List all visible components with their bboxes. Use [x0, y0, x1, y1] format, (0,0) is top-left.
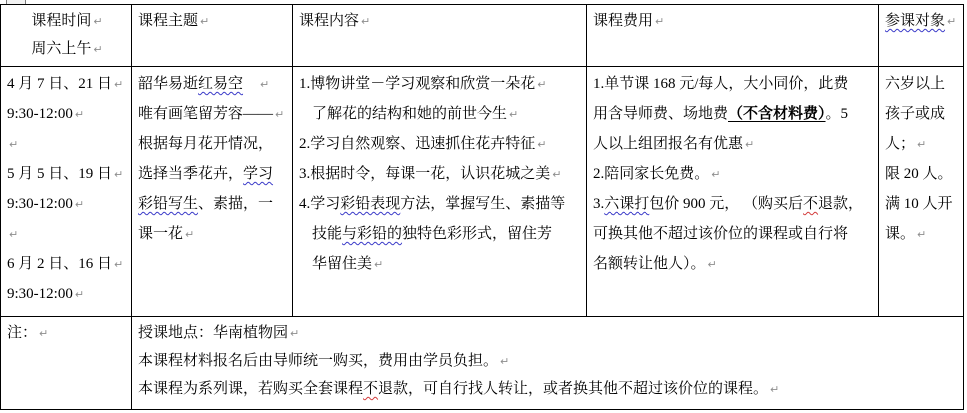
text-segment: 3.根据时令，每课一花，认识花城之美 [299, 166, 550, 182]
text-line: 5 月 5 日、19 日↵ [7, 159, 127, 189]
cell-course-fee: 1.单节课 168 元/每人，大小同价，此费用含导师费、场地费（不含材料费）。5… [587, 67, 879, 317]
cell-course-content: 1.博物讲堂－学习观察和欣赏一朵花↵了解花的结构和她的前世今生↵2.学习自然观察… [293, 67, 587, 317]
text-segment: 4.学习 [299, 196, 340, 212]
text-line: 1.博物讲堂－学习观察和欣赏一朵花↵ [299, 69, 582, 99]
header-cell-time: 课程时间↵周六上午↵ [1, 5, 132, 67]
paragraph-mark: ↵ [711, 168, 720, 181]
text-line: 4 月 7 日、21 日↵ [7, 69, 127, 99]
text-line: 限 20 人。 [885, 159, 959, 189]
paragraph-mark: ↵ [552, 168, 561, 181]
cell-note-text: 授课地点：华南植物园↵本课程材料报名后由导师统一购买，费用由学员负担。↵本课程为… [132, 317, 964, 410]
text-line: ↵ [7, 219, 127, 249]
paragraph-mark: ↵ [9, 228, 18, 241]
text-line: 本课程为系列课，若购买全套课程不退款，可自行找人转让，或者换其他不超过该价位的课… [138, 375, 959, 403]
text-line: 2.学习自然观察、迅速抓住花卉特征↵ [299, 129, 582, 159]
text-segment: 彩铅写生 [138, 196, 198, 212]
text-line: 人以上组团报名有优惠↵ [593, 129, 874, 159]
text-line: 韶华易逝红易空 ↵ [138, 69, 288, 99]
text-line: 用含导师费、场地费（不含材料费）。5 [593, 99, 874, 129]
header-cell-fee: 课程费用↵ [587, 5, 879, 67]
text-segment: 课程时间 [31, 13, 91, 29]
text-line: 六岁以上 [885, 69, 959, 99]
text-segment: 六岁以上 [885, 76, 945, 92]
text-segment: 参课对象 [885, 13, 945, 29]
text-segment: 唯有画笔留芳容—— [138, 106, 273, 122]
text-segment: 名额转让他人）。 [593, 256, 706, 272]
text-segment: 限 20 人。 [885, 166, 953, 182]
text-segment: 、素描，一 [198, 196, 273, 212]
text-line: 唯有画笔留芳容——↵ [138, 99, 288, 129]
text-segment: 本课程为系列课，若购买全套课程 [138, 381, 363, 397]
text-segment: 技能 [312, 226, 342, 242]
text-segment: 课程内容 [299, 13, 359, 29]
paragraph-mark: ↵ [537, 78, 546, 91]
text-segment [243, 76, 258, 92]
paragraph-mark: ↵ [260, 78, 269, 91]
paragraph-mark: ↵ [200, 15, 209, 28]
text-segment: 方法，掌握写生、素描等 [400, 196, 565, 212]
text-segment: 退款，可自行找人转让，或者换其他不超过该价位的课程。 [378, 381, 768, 397]
paragraph-mark: ↵ [185, 228, 194, 241]
header-row: 课程时间↵周六上午↵ 课程主题↵ 课程内容↵ 课程费用↵ 参课对象↵ [1, 5, 964, 67]
text-line: 3.根据时令，每课一花，认识花城之美↵ [299, 159, 582, 189]
paragraph-mark: ↵ [655, 15, 664, 28]
text-line: 6 月 2 日、16 日↵ [7, 249, 127, 279]
document-page: 课程时间↵周六上午↵ 课程主题↵ 课程内容↵ 课程费用↵ 参课对象↵ 4 月 7… [0, 0, 967, 413]
paragraph-mark: ↵ [917, 228, 926, 241]
text-line: 彩铅写生、素描，一 [138, 189, 288, 219]
text-segment: 用含导师费、场地费 [593, 106, 728, 122]
text-segment: 5 月 5 日、19 日 [7, 166, 112, 182]
course-row: 4 月 7 日、21 日↵9:30-12:00↵↵5 月 5 日、19 日↵9:… [1, 67, 964, 317]
text-line: 了解花的结构和她的前世今生↵ [299, 99, 582, 129]
text-line: 课程内容↵ [299, 7, 582, 35]
text-segment: 根据每月花开情况， [138, 136, 273, 152]
paragraph-mark: ↵ [500, 355, 509, 368]
text-segment: 与彩铅的 [342, 226, 402, 242]
text-segment: 课一花 [138, 226, 183, 242]
paragraph-mark: ↵ [93, 43, 102, 56]
paragraph-mark: ↵ [275, 108, 284, 121]
text-line: 名额转让他人）。↵ [593, 249, 874, 279]
text-line: 满 10 人开 [885, 189, 959, 219]
paragraph-mark: ↵ [770, 383, 779, 396]
text-segment: 6 月 2 日、16 日 [7, 256, 112, 272]
paragraph-mark: ↵ [75, 288, 84, 301]
cell-note-label: 注：↵ [1, 317, 132, 410]
text-line: 注：↵ [7, 319, 127, 347]
paragraph-mark: ↵ [39, 327, 48, 340]
text-line: 人；↵ [885, 129, 959, 159]
text-segment: 可换其他不超过该价位的课程或自行将 [593, 226, 848, 242]
text-segment: 注： [7, 325, 37, 341]
cell-course-audience: 六岁以上孩子或成人；↵限 20 人。满 10 人开课。↵ [879, 67, 964, 317]
text-line: 1.单节课 168 元/每人，大小同价，此费 [593, 69, 874, 99]
header-cell-audience: 参课对象↵ [879, 5, 964, 67]
text-segment: 9:30-12:00 [7, 106, 73, 122]
text-line: 9:30-12:00↵ [7, 99, 127, 129]
paragraph-mark: ↵ [361, 15, 370, 28]
text-segment: 课。 [885, 226, 915, 242]
text-segment: 六课打 [604, 196, 649, 212]
note-row: 注：↵ 授课地点：华南植物园↵本课程材料报名后由导师统一购买，费用由学员负担。↵… [1, 317, 964, 410]
text-line: 周六上午↵ [7, 35, 127, 63]
paragraph-mark: ↵ [290, 327, 299, 340]
text-segment: 授课地点：华南植物园 [138, 325, 288, 341]
paragraph-mark: ↵ [114, 78, 123, 91]
text-line: 参课对象↵ [885, 7, 959, 35]
text-line: 课一花↵ [138, 219, 288, 249]
text-line: 2.陪同家长免费。↵ [593, 159, 874, 189]
text-segment: 人； [885, 136, 915, 152]
text-segment: 选择当季花卉， [138, 166, 243, 182]
paragraph-mark: ↵ [75, 108, 84, 121]
paragraph-mark: ↵ [509, 108, 518, 121]
paragraph-mark: ↵ [537, 138, 546, 151]
paragraph-mark: ↵ [114, 168, 123, 181]
paragraph-mark: ↵ [9, 138, 18, 151]
text-line: 技能与彩铅的独特色彩形式，留住芳 [299, 219, 582, 249]
text-segment: 彩铅表现 [340, 196, 400, 212]
text-line: 9:30-12:00↵ [7, 189, 127, 219]
text-segment: （不含材料费） [728, 106, 826, 122]
paragraph-mark: ↵ [708, 258, 717, 271]
text-segment: 9:30-12:00 [7, 286, 73, 302]
text-segment: 本课程材料报名后由导师统一购买，费用由学员负担。 [138, 353, 498, 369]
text-segment: 独特色彩形式，留住芳 [402, 226, 552, 242]
paragraph-mark: ↵ [947, 15, 956, 28]
text-segment: 课程主题 [138, 13, 198, 29]
text-line: 华留住美↵ [299, 249, 582, 279]
text-segment: 。5 [826, 106, 849, 122]
course-schedule-table: 课程时间↵周六上午↵ 课程主题↵ 课程内容↵ 课程费用↵ 参课对象↵ 4 月 7… [0, 4, 964, 410]
text-segment: 不 [803, 196, 818, 212]
text-line: 3.六课打包价 900 元， （购买后不退款， [593, 189, 874, 219]
text-segment: 学习 [243, 166, 273, 182]
text-line: 孩子或成 [885, 99, 959, 129]
text-line: 根据每月花开情况， [138, 129, 288, 159]
text-line: 课程主题↵ [138, 7, 288, 35]
text-line: 本课程材料报名后由导师统一购买，费用由学员负担。↵ [138, 347, 959, 375]
paragraph-mark: ↵ [75, 198, 84, 211]
text-segment: 周六上午 [31, 41, 91, 57]
text-segment: 退款， [818, 196, 863, 212]
text-line: ↵ [7, 129, 127, 159]
text-segment: 4 月 7 日、21 日 [7, 76, 112, 92]
text-segment: 3. [593, 196, 604, 212]
text-segment: 人以上组团报名有优惠 [593, 136, 743, 152]
text-line: 课程时间↵ [7, 7, 127, 35]
text-segment: 红易空 [198, 76, 243, 92]
paragraph-mark: ↵ [93, 15, 102, 28]
text-segment: 包价 900 元， （购买后 [649, 196, 803, 212]
text-segment: 课程费用 [593, 13, 653, 29]
text-segment: 1.单节课 168 元/每人，大小同价，此费 [593, 76, 848, 92]
text-segment: 不 [363, 381, 378, 397]
text-line: 9:30-12:00↵ [7, 279, 127, 309]
text-segment: 2.学习自然观察、迅速抓住花卉特征 [299, 136, 535, 152]
paragraph-mark: ↵ [745, 138, 754, 151]
header-cell-content: 课程内容↵ [293, 5, 587, 67]
text-segment: 韶华易逝 [138, 76, 198, 92]
text-line: 选择当季花卉，学习 [138, 159, 288, 189]
text-segment: 华留住美 [312, 256, 372, 272]
paragraph-mark: ↵ [374, 258, 383, 271]
text-segment: 9:30-12:00 [7, 196, 73, 212]
paragraph-mark: ↵ [917, 138, 926, 151]
text-line: 授课地点：华南植物园↵ [138, 319, 959, 347]
text-line: 课程费用↵ [593, 7, 874, 35]
text-segment: 2.陪同家长免费。 [593, 166, 709, 182]
cell-course-time: 4 月 7 日、21 日↵9:30-12:00↵↵5 月 5 日、19 日↵9:… [1, 67, 132, 317]
text-line: 可换其他不超过该价位的课程或自行将 [593, 219, 874, 249]
text-segment: 1.博物讲堂－学习观察和欣赏一朵花 [299, 76, 535, 92]
header-cell-topic: 课程主题↵ [132, 5, 293, 67]
cell-course-topic: 韶华易逝红易空 ↵唯有画笔留芳容——↵根据每月花开情况，选择当季花卉，学习彩铅写… [132, 67, 293, 317]
text-line: 4.学习彩铅表现方法，掌握写生、素描等 [299, 189, 582, 219]
text-segment: 满 10 人开 [885, 196, 953, 212]
paragraph-mark: ↵ [114, 258, 123, 271]
text-segment: 了解花的结构和她的前世今生 [312, 106, 507, 122]
text-segment: 孩子或成 [885, 106, 945, 122]
text-line: 课。↵ [885, 219, 959, 249]
